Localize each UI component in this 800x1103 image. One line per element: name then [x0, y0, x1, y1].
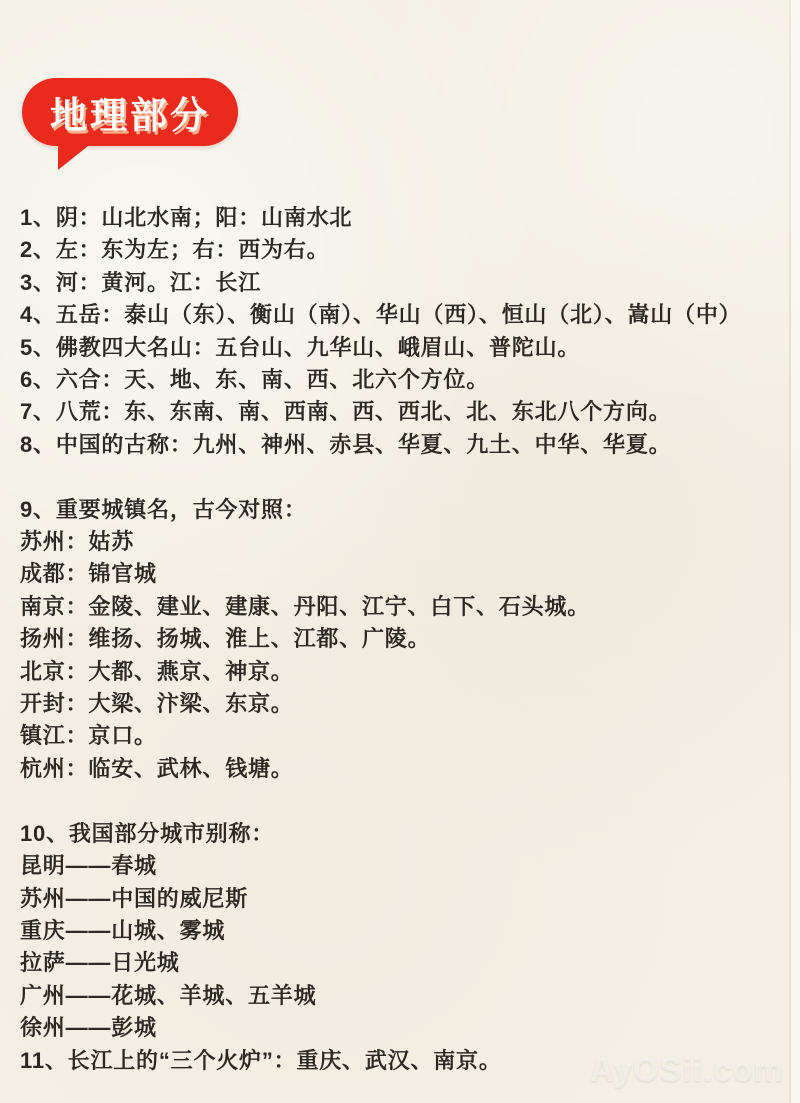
text-line: 4、五岳：泰山（东）、衡山（南）、华山（西）、恒山（北）、嵩山（中）	[20, 299, 785, 331]
text-line: 7、八荒：东、东南、南、西南、西、西北、北、东北八个方向。	[20, 396, 785, 428]
text-line: 杭州：临安、武林、钱塘。	[20, 753, 785, 785]
speech-bubble-tail	[58, 138, 98, 170]
text-line: 苏州——中国的威尼斯	[20, 883, 785, 915]
text-line: 9、重要城镇名，古今对照：	[20, 494, 785, 526]
text-line: 3、河：黄河。江：长江	[20, 267, 785, 299]
text-line: 2、左：东为左；右：西为右。	[20, 234, 785, 266]
paragraph-city-nicknames: 10、我国部分城市别称： 昆明——春城 苏州——中国的威尼斯 重庆——山城、雾城…	[20, 818, 785, 1077]
paper-edge-strip	[791, 0, 800, 1103]
paper-edge-seam	[789, 0, 791, 1103]
watermark: AyOSii.com	[590, 1051, 784, 1089]
text-line: 广州——花城、羊城、五羊城	[20, 980, 785, 1012]
text-line: 扬州：维扬、扬城、淮上、江都、广陵。	[20, 623, 785, 655]
notes-content: 1、阴：山北水南；阳：山南水北 2、左：东为左；右：西为右。 3、河：黄河。江：…	[20, 202, 785, 1077]
text-line: 8、中国的古称：九州、神州、赤县、华夏、九土、中华、华夏。	[20, 429, 785, 461]
text-line: 10、我国部分城市别称：	[20, 818, 785, 850]
text-line: 苏州：姑苏	[20, 526, 785, 558]
paragraph-ancient-city-names: 9、重要城镇名，古今对照： 苏州：姑苏 成都：锦官城 南京：金陵、建业、建康、丹…	[20, 494, 785, 786]
text-line: 镇江：京口。	[20, 720, 785, 752]
text-line: 拉萨——日光城	[20, 947, 785, 979]
text-line: 昆明——春城	[20, 850, 785, 882]
text-line: 重庆——山城、雾城	[20, 915, 785, 947]
text-line: 1、阴：山北水南；阳：山南水北	[20, 202, 785, 234]
paragraph-directions: 1、阴：山北水南；阳：山南水北 2、左：东为左；右：西为右。 3、河：黄河。江：…	[20, 202, 785, 461]
text-line: 徐州——彭城	[20, 1012, 785, 1044]
section-badge: 地理部分	[22, 78, 238, 146]
section-badge-label: 地理部分	[50, 85, 210, 139]
text-line: 6、六合：天、地、东、南、西、北六个方位。	[20, 364, 785, 396]
notes-page: 地理部分 1、阴：山北水南；阳：山南水北 2、左：东为左；右：西为右。 3、河：…	[0, 0, 800, 1103]
text-line: 开封：大梁、汴梁、东京。	[20, 688, 785, 720]
text-line: 成都：锦官城	[20, 558, 785, 590]
text-line: 5、佛教四大名山：五台山、九华山、峨眉山、普陀山。	[20, 332, 785, 364]
text-line: 南京：金陵、建业、建康、丹阳、江宁、白下、石头城。	[20, 591, 785, 623]
text-line: 北京：大都、燕京、神京。	[20, 656, 785, 688]
